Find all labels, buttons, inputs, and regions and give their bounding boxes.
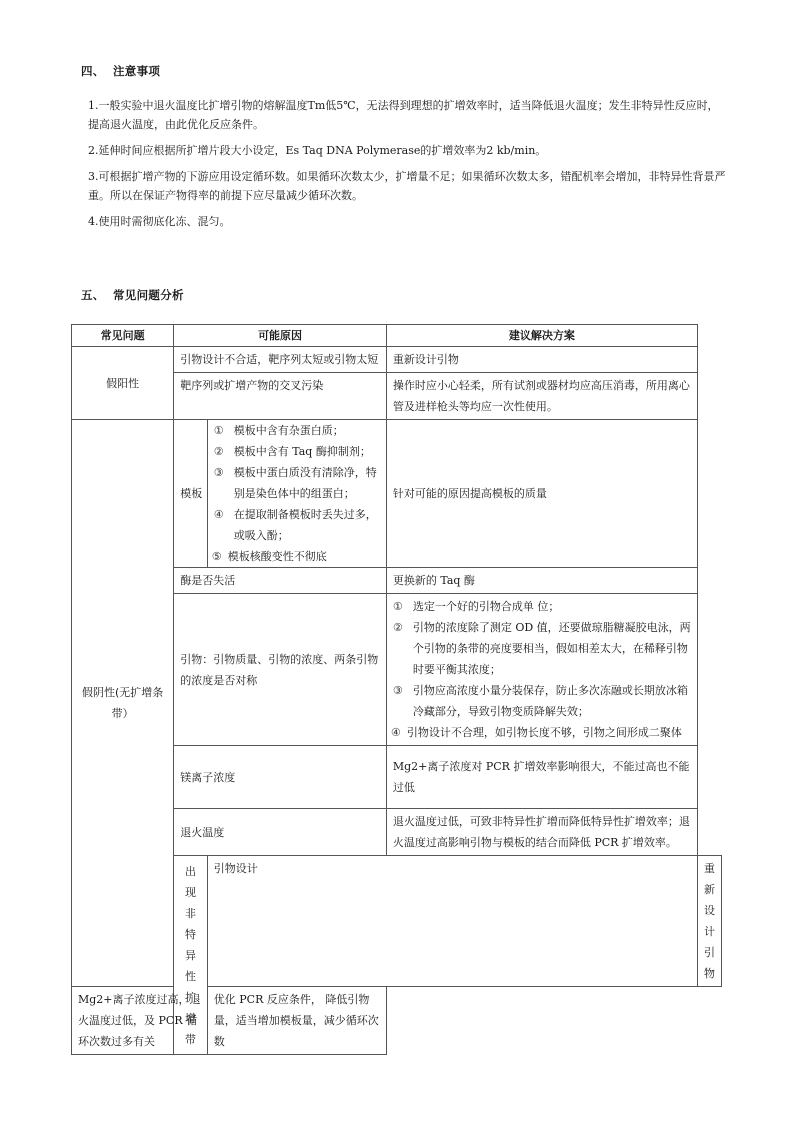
- list-item: ①选定一个好的引物合成单 位；: [391, 596, 691, 617]
- list-item: ③引物应高浓度小量分装保存，防止多次冻融或长期放冰箱冷藏部分，导致引物变质降解失…: [391, 680, 691, 722]
- circled-number-4-icon: ④: [214, 504, 224, 525]
- solution-cell: 操作时应小心轻柔，所有试剂或器材均应高压消毒，所用离心管及进样枪头等均应一次性使…: [386, 373, 697, 420]
- list-item: ②模板中含有 Taq 酶抑制剂；: [212, 441, 382, 462]
- circled-number-3-icon: ③: [393, 680, 403, 701]
- list-item-text: 引物的浓度除了测定 OD 值，还要做琼脂糖凝胶电泳，两个引物的条带的亮度要相当，…: [413, 621, 691, 676]
- list-item: ⑤模板核酸变性不彻底: [212, 546, 382, 567]
- solution-cell: 优化 PCR 反应条件， 降低引物量，适当增加模板量，减少循环次数: [207, 987, 386, 1055]
- solution-cell: 针对可能的原因提高模板的质量: [386, 420, 697, 568]
- cause-cell: 镁离子浓度: [174, 746, 387, 809]
- circled-number-3-icon: ③: [214, 462, 224, 483]
- header-cause: 可能原因: [174, 325, 387, 347]
- list-item-text: 引物应高浓度小量分装保存，防止多次冻融或长期放冰箱冷藏部分，导致引物变质降解失效…: [413, 684, 688, 718]
- cause-cell: 引物：引物质量、引物的浓度、两条引物的浓度是否对称: [174, 594, 387, 746]
- list-item: ④引物设计不合理，如引物长度不够，引物之间形成二聚体: [391, 722, 691, 743]
- circled-number-2-icon: ②: [214, 441, 224, 462]
- list-item-text: 模板中含有杂蛋白质；: [234, 424, 344, 437]
- circled-number-4-icon: ④: [391, 722, 401, 743]
- solution-cell: 重新设计引物: [386, 347, 697, 373]
- header-problem: 常见问题: [72, 325, 174, 347]
- section-number: 四、: [81, 63, 113, 79]
- section-title: 注意事项: [113, 64, 160, 78]
- table-row: 假阴性(无扩增条带） 模板 ①模板中含有杂蛋白质； ②模板中含有 Taq 酶抑制…: [72, 420, 722, 568]
- list-item-text: 模板核酸变性不彻底: [228, 550, 327, 563]
- table-row: Mg2+离子浓度过高，退火温度过低，及 PCR 循环次数过多有关 优化 PCR …: [72, 987, 722, 1055]
- section-title: 常见问题分析: [113, 288, 184, 302]
- problem-cell: 假阴性(无扩增条带）: [72, 420, 174, 987]
- cause-cell: 退火温度: [174, 809, 387, 856]
- template-causes: ①模板中含有杂蛋白质； ②模板中含有 Taq 酶抑制剂； ③模板中蛋白质没有清除…: [207, 420, 386, 568]
- notes-list: 1.一般实验中退火温度比扩增引物的熔解温度Tm低5℃，无法得到理想的扩增效率时，…: [88, 96, 728, 238]
- cause-cell: 靶序列或扩增产物的交叉污染: [174, 373, 387, 420]
- table-header-row: 常见问题 可能原因 建议解决方案: [72, 325, 722, 347]
- template-label: 模板: [174, 420, 207, 568]
- list-item: ①模板中含有杂蛋白质；: [212, 420, 382, 441]
- circled-number-1-icon: ①: [393, 596, 403, 617]
- table-row: 假阳性 引物设计不合适，靶序列太短或引物太短 重新设计引物: [72, 347, 722, 373]
- problem-cell: 假阳性: [72, 347, 174, 420]
- list-item: ④在提取制备模板时丢失过多，或吸入酚；: [212, 504, 382, 546]
- circled-number-1-icon: ①: [214, 420, 224, 441]
- solution-cell: 重新设计引物: [698, 856, 722, 987]
- section-heading-troubleshooting: 五、常见问题分析: [81, 287, 184, 303]
- note-item: 1.一般实验中退火温度比扩增引物的熔解温度Tm低5℃，无法得到理想的扩增效率时，…: [88, 96, 728, 134]
- section-heading-notes: 四、注意事项: [81, 63, 160, 79]
- circled-number-5-icon: ⑤: [212, 546, 222, 567]
- troubleshooting-table: 常见问题 可能原因 建议解决方案 假阳性 引物设计不合适，靶序列太短或引物太短 …: [71, 324, 722, 1055]
- list-item-text: 模板中蛋白质没有清除净，特别是染色体中的组蛋白；: [234, 466, 377, 500]
- cause-cell: 引物设计不合适，靶序列太短或引物太短: [174, 347, 387, 373]
- solution-cell: 更换新的 Taq 酶: [386, 568, 697, 594]
- cause-cell: 引物设计: [207, 856, 697, 987]
- cause-cell: 酶是否失活: [174, 568, 387, 594]
- note-item: 3.可根据扩增产物的下游应用设定循环数。如果循环次数太少，扩增量不足；如果循环次…: [88, 167, 728, 205]
- solution-cell: 退火温度过低，可致非特异性扩增而降低特异性扩增效率；退火温度过高影响引物与模板的…: [386, 809, 697, 856]
- note-item: 2.延伸时间应根据所扩增片段大小设定，Es Taq DNA Polymerase…: [88, 141, 728, 160]
- solution-cell: Mg2+离子浓度对 PCR 扩增效率影响很大，不能过高也不能过低: [386, 746, 697, 809]
- list-item-text: 选定一个好的引物合成单 位；: [413, 600, 560, 613]
- note-item: 4.使用时需彻底化冻、混匀。: [88, 212, 728, 231]
- circled-number-2-icon: ②: [393, 617, 403, 638]
- list-item-text: 引物设计不合理，如引物长度不够，引物之间形成二聚体: [407, 726, 682, 739]
- template-label-text: 模板: [180, 487, 202, 500]
- solution-cell: ①选定一个好的引物合成单 位； ②引物的浓度除了测定 OD 值，还要做琼脂糖凝胶…: [386, 594, 697, 746]
- list-item: ③模板中蛋白质没有清除净，特别是染色体中的组蛋白；: [212, 462, 382, 504]
- list-item-text: 模板中含有 Taq 酶抑制剂；: [234, 445, 371, 458]
- list-item-text: 在提取制备模板时丢失过多，或吸入酚；: [234, 508, 377, 542]
- section-number: 五、: [81, 287, 113, 303]
- list-item: ②引物的浓度除了测定 OD 值，还要做琼脂糖凝胶电泳，两个引物的条带的亮度要相当…: [391, 617, 691, 680]
- header-solution: 建议解决方案: [386, 325, 697, 347]
